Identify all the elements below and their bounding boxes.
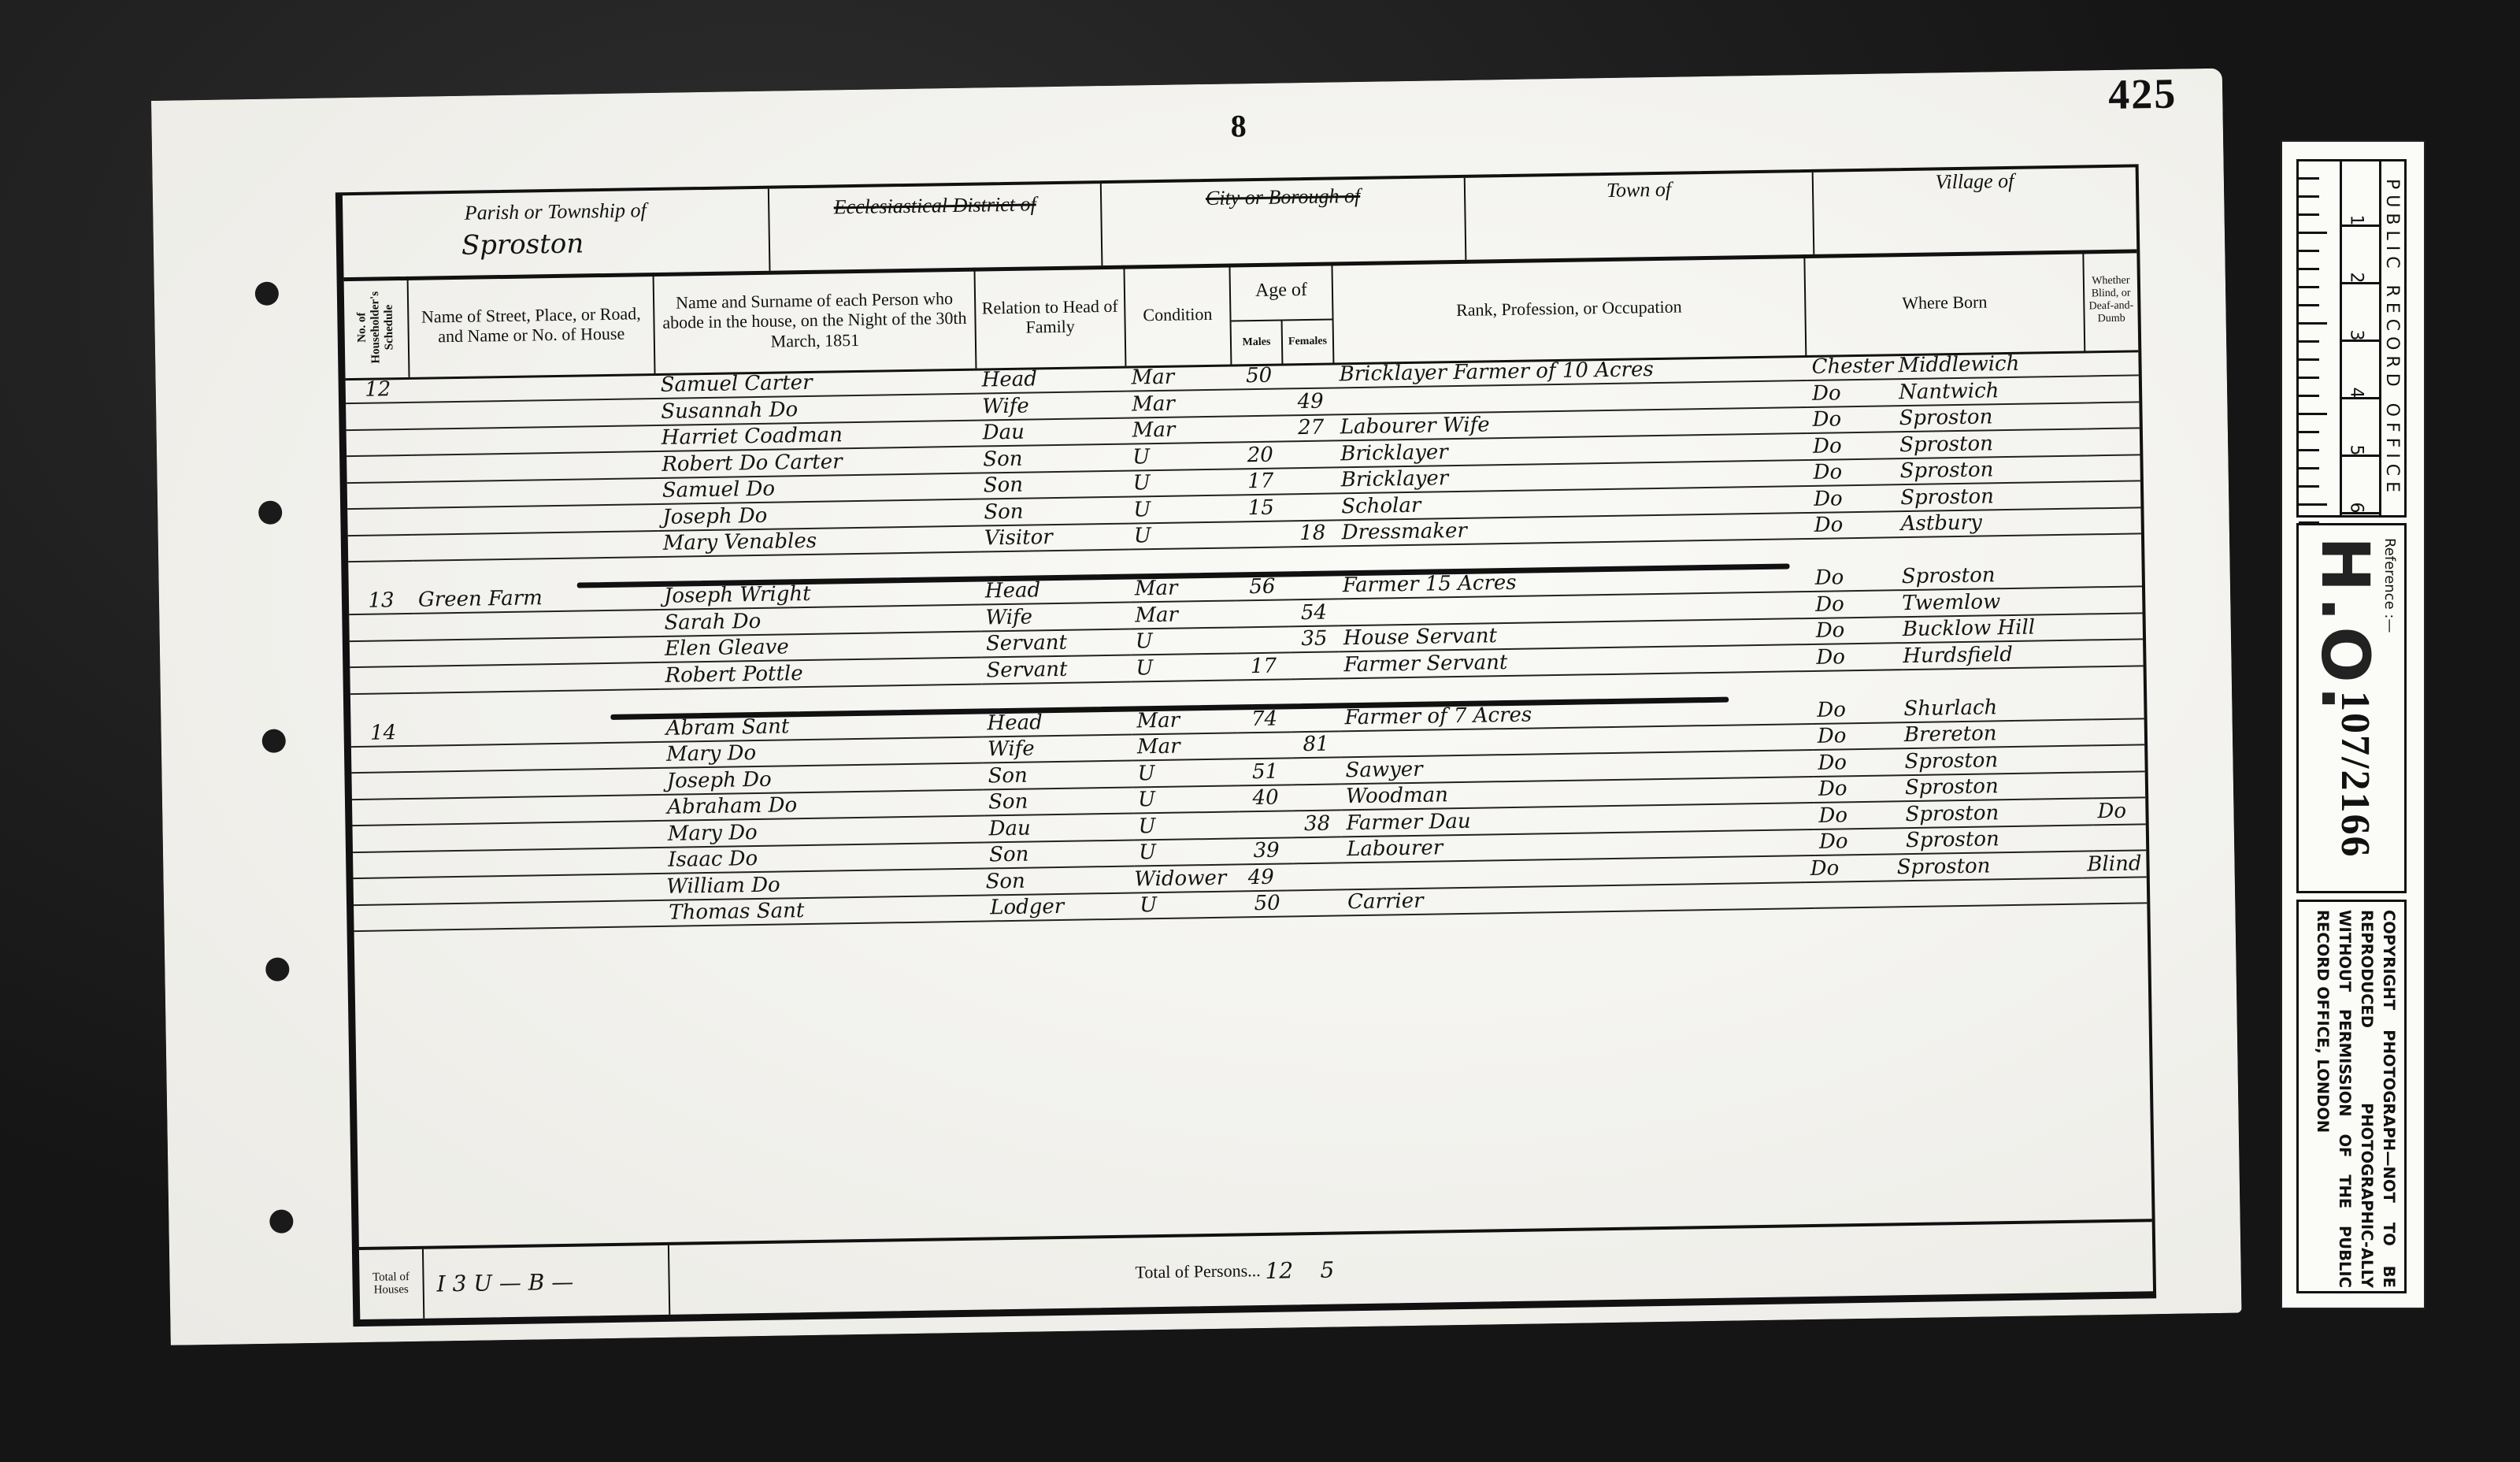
ruler-tick [2299,286,2319,288]
born-county: Do [1812,380,1899,406]
ruler-tick [2299,467,2319,469]
col-place: Name of Street, Place, or Road, and Name… [409,273,656,377]
born-county: Do [1816,644,1903,670]
born-place: Brereton [1904,722,1997,747]
cell-female-age [1290,653,1340,680]
cell-male-age: 40 [1239,785,1293,812]
born-county: Do [1819,829,1906,854]
born-place: Sproston [1902,563,1996,588]
cell-name: Thomas Sant [664,896,985,926]
cell-relation: Son [984,841,1134,870]
cell-male-age: 74 [1237,707,1291,733]
cell-name: Mary Venables [658,527,980,558]
cell-female-age: 27 [1286,415,1336,442]
cell-blind [2086,403,2140,429]
cell-blind [2092,746,2145,773]
cell-schedule [346,430,412,457]
cell-female-age [1293,837,1343,864]
reference-label: Reference :— [2381,538,2398,633]
ruler-number: 5 [2347,445,2366,456]
cell-condition: Mar [1127,417,1233,444]
ruler-tick [2299,268,2319,270]
cell-condition: U [1133,786,1240,814]
cell-condition: U [1128,469,1235,497]
born-place: Middlewich [1898,352,2019,377]
cell-born: DoNantwich [1807,377,2086,408]
cell-male-age: 15 [1234,495,1288,522]
cell-relation: Son [983,762,1132,790]
born-place: Sproston [1899,405,1992,430]
cell-relation: Dau [984,814,1133,843]
cell-schedule [353,852,418,879]
cell-schedule [354,878,418,905]
cell-male-age: 49 [1234,865,1288,892]
cell-male-age: 50 [1240,891,1295,918]
ecclesiastical-field: Ecclesiastical District of [769,184,1103,271]
cell-blind [2093,825,2147,852]
born-county: Do [1818,723,1904,748]
cell-male-age: 17 [1234,469,1288,495]
cell-male-age: 39 [1240,838,1294,865]
cell-born: DoShurlach [1812,694,2091,725]
col-occupation: Rank, Profession, or Occupation [1332,254,1807,362]
born-county: Do [1812,406,1899,432]
col-name: Name and Surname of each Person who abod… [654,268,977,373]
cell-condition: U [1131,655,1237,682]
cell-blind [2091,693,2144,720]
ecclesiastical-label: Ecclesiastical District of [769,191,1100,221]
born-county: Do [1815,592,1902,617]
ruler-tick [2299,340,2319,343]
punch-hole-icon [262,729,286,752]
born-county: Do [1810,855,1896,881]
col-blind: Whether Blind, or Deaf-and-Dumb [2084,249,2138,351]
cell-female-age: 38 [1292,811,1342,838]
cell-male-age [1235,521,1289,548]
cell-place: Green Farm [413,584,659,614]
village-field: Village of [1814,167,2137,254]
cell-male-age [1239,812,1293,839]
cell-condition: U [1131,628,1237,655]
col-males: Males [1232,321,1284,364]
punch-hole-icon [265,957,289,981]
col-age: Age of MalesFemales [1230,262,1334,364]
copyright-notice: COPYRIGHT PHOTOGRAPH—NOT TO BE REPRODUCE… [2305,910,2400,1288]
cell-schedule [351,747,417,774]
cell-blind [2085,350,2139,377]
cell-relation: Son [978,445,1128,473]
ruler-tick [2299,250,2319,252]
ruler-tick [2299,322,2327,325]
ruler-ticks [2299,161,2342,515]
cell-female-age [1288,495,1337,521]
cell-schedule: 13 [349,588,414,615]
born-county: Do [1815,565,1902,590]
cell-schedule [352,800,417,826]
born-place: Sproston [1899,432,1993,457]
born-place: Sproston [1905,801,1999,826]
cell-blind [2089,588,2143,614]
cell-place [418,901,664,931]
scale-ruler: 123456 PUBLIC RECORD OFFICE [2296,159,2407,518]
census-form: Parish or Township of Sproston Ecclesias… [335,164,2156,1327]
cell-place [412,505,658,535]
cell-relation: Wife [977,392,1127,421]
cell-place [417,796,662,826]
cell-condition: U [1128,443,1234,471]
cell-blind [2092,719,2145,746]
cell-born: DoSproston [1805,852,2082,883]
cell-blind [2092,772,2146,799]
cell-condition: Mar [1130,602,1236,629]
cell-blind [2090,640,2144,667]
cell-name: Robert Pottle [660,659,981,689]
cell-female-age [1294,890,1343,917]
cell-relation: Son [984,789,1133,817]
cell-male-age: 17 [1236,654,1291,681]
cell-female-age: 18 [1288,521,1338,547]
cell-condition: Mar [1132,733,1239,761]
col-females: Females [1283,320,1333,363]
cell-schedule: 14 [350,720,416,747]
born-place: Bucklow Hill [1903,616,2036,642]
cell-female-age: 49 [1286,389,1336,416]
ruler-tick [2299,232,2327,234]
cell-born: DoTwemlow [1810,588,2089,619]
born-place: Sproston [1906,827,1999,852]
cell-relation: Lodger [985,894,1135,922]
cell-born: DoSproston [1814,826,2093,856]
parish-label: Parish or Township of [343,197,768,227]
census-entries: 12Samuel CarterHeadMar50Bricklayer Farme… [346,350,2152,1250]
cell-condition: U [1129,522,1236,550]
cell-place [413,610,659,640]
born-county: Do [1816,618,1903,643]
born-place: Sproston [1905,774,1999,800]
cell-male-age: 51 [1238,759,1292,786]
cell-female-age [1285,362,1335,389]
cell-born: DoSproston [1807,403,2086,434]
ruler-number: 3 [2347,330,2366,341]
city-label: City or Borough of [1102,183,1464,212]
cell-born: DoSproston [1808,456,2087,487]
cell-relation: Head [976,366,1126,395]
cell-relation: Servant [981,656,1131,685]
born-place: Sproston [1899,458,1993,483]
cell-relation: Son [979,472,1128,500]
town-label: Town of [1466,176,1812,205]
born-place: Sproston [1900,484,1994,510]
ruler-numbers: 123456 [2340,161,2381,515]
cell-born: DoBucklow Hill [1811,614,2090,645]
cell-schedule [350,641,415,668]
reference-box: Reference :— H.O. 107/2166 [2296,523,2407,893]
ruler-tick [2299,177,2319,180]
cell-place [417,848,663,878]
cell-schedule [354,905,419,932]
cell-place [411,426,657,456]
ruler-number: 6 [2347,503,2366,514]
cell-condition: U [1135,892,1241,919]
col-relation: Relation to Head of Family [975,265,1126,369]
cell-place [410,399,656,429]
punch-hole-icon [258,500,282,524]
folio-number: 425 [2108,69,2177,119]
ruler-tick [2299,503,2327,506]
cell-male-age: 50 [1232,363,1286,390]
born-county: Do [1817,697,1903,722]
col-where-born: Where Born [1805,250,2085,355]
houses-total-label: Total of Houses [359,1249,424,1319]
cell-relation: Head [980,577,1130,606]
cell-relation: Dau [978,419,1128,447]
page-number: 8 [1230,107,1247,144]
cell-born: DoSproston [1810,562,2089,592]
ruler-tick [2299,213,2319,216]
cell-born: DoSproston [1813,747,2092,777]
cell-female-age [1288,864,1336,891]
cell-place [416,769,661,799]
cell-male-age [1238,733,1292,759]
born-county: Do [1814,512,1900,537]
cell-blind [2088,561,2142,588]
cell-blind [2094,878,2148,904]
cell-condition: Mar [1127,391,1233,418]
born-place: Hurdsfield [1903,642,2013,667]
cell-schedule [346,456,412,483]
cell-female-age: 81 [1291,732,1341,759]
strip-title: PUBLIC RECORD OFFICE [2379,161,2404,515]
cell-place [412,479,658,509]
cell-place [410,373,656,403]
born-county: Do [1814,486,1900,511]
born-place: Astbury [1900,511,1982,536]
village-label: Village of [1814,167,2136,195]
cell-schedule [346,403,411,430]
born-county: Do [1813,433,1899,458]
copyright-box: COPYRIGHT PHOTOGRAPH—NOT TO BE REPRODUCE… [2296,900,2407,1293]
cell-male-age: 20 [1233,443,1288,469]
census-sheet: 8 425 Parish or Township of Sproston Ecc… [151,69,2241,1345]
town-field: Town of [1466,173,1815,260]
born-county [1820,900,1907,901]
city-field: City or Borough of [1102,178,1467,265]
ruler-tick [2299,395,2319,397]
ruler-tick [2299,413,2327,415]
cell-relation: Son [979,498,1128,526]
cell-female-age: 35 [1290,626,1340,653]
cell-born: DoBrereton [1813,720,2092,751]
cell-blind [2086,377,2140,403]
born-place: Shurlach [1903,696,1997,721]
cell-schedule [351,773,417,800]
cell-condition: U [1134,839,1240,866]
cell-relation: Son [980,867,1129,896]
ruler-number: 2 [2347,273,2366,284]
cell-female-age [1291,706,1340,733]
born-place: Sproston [1896,854,1990,879]
cell-blind: Do [2092,799,2146,826]
ruler-number: 4 [2347,388,2366,399]
reference-number: 107/2166 [2332,691,2378,858]
cell-relation: Visitor [980,525,1129,553]
persons-total-label: Total of Persons... [1135,1260,1261,1282]
ruler-tick [2299,304,2319,306]
born-place: Twemlow [1902,590,2000,615]
born-county: Do [1818,750,1904,775]
born-county: Do [1813,459,1899,484]
born-county: Do [1818,803,1905,828]
cell-blind [2088,482,2141,509]
cell-place [417,822,662,852]
ruler-tick [2299,485,2319,488]
cell-male-age: 56 [1236,574,1290,601]
cell-blind [2087,429,2140,456]
cell-condition: U [1133,813,1240,840]
ruler-tick [2299,377,2319,379]
cell-place [413,532,658,562]
cell-schedule [350,667,415,694]
cell-born: DoSproston [1814,773,2092,803]
cell-female-age [1288,468,1337,495]
cell-blind: Blind [2082,852,2147,878]
cell-male-age [1232,390,1287,417]
cell-female-age [1292,785,1342,811]
cell-born: ChesterMiddlewich [1807,351,2085,381]
cell-blind [2090,614,2144,640]
born-place: Sproston [1904,748,1998,774]
ruler-number: 1 [2347,215,2366,226]
punch-hole-icon [269,1209,293,1233]
cell-born: DoSproston [1809,483,2088,514]
cell-place [414,637,660,667]
cell-schedule [349,614,414,641]
parish-field: Parish or Township of Sproston [343,189,771,278]
cell-schedule [347,483,413,510]
cell-female-age [1291,759,1341,785]
cell-male-age [1236,627,1291,654]
cell-born [1815,878,2094,909]
cell-place [417,874,661,904]
persons-total-females: 5 [1320,1256,1334,1282]
born-county: Chester [1811,354,1898,379]
cell-condition: Mar [1126,364,1232,391]
cell-blind [2088,508,2141,535]
cell-relation: Wife [980,603,1130,632]
cell-schedule [347,509,413,536]
reference-series: H.O. [2307,536,2384,716]
ruler-tick [2299,449,2319,451]
cell-female-age [1289,573,1339,600]
cell-condition: U [1132,760,1239,788]
cell-condition: Mar [1132,707,1238,735]
ruler-tick [2299,358,2319,361]
ruler-tick [2299,431,2319,433]
col-condition: Condition [1125,263,1232,365]
cell-condition: Mar [1130,575,1236,603]
punch-hole-icon [255,281,279,305]
born-county: Do [1818,776,1905,801]
cell-place [414,663,660,693]
cell-condition: Widower [1129,866,1235,893]
cell-born: DoAstbury [1809,509,2088,540]
cell-place [416,743,661,773]
cell-schedule [348,536,413,562]
ruler-tick [2299,195,2319,198]
cell-relation: Servant [981,630,1131,659]
born-place: Nantwich [1899,379,1999,404]
record-office-strip: 123456 PUBLIC RECORD OFFICE Reference :—… [2281,140,2425,1309]
houses-total-value: I 3 U — B — [424,1245,670,1319]
cell-born: DoSproston [1808,430,2087,461]
cell-blind [2087,455,2140,482]
cell-schedule: 12 [346,377,411,404]
cell-female-age: 54 [1289,600,1339,627]
persons-total-males: 12 [1265,1257,1293,1284]
cell-male-age [1232,416,1287,443]
cell-relation: Wife [983,736,1132,764]
parish-value: Sproston [461,228,584,261]
cell-schedule [353,826,418,852]
cell-male-age [1236,601,1290,628]
cell-relation: Head [982,709,1132,737]
cell-place [411,452,657,482]
col-schedule: No. of Householder's Schedule [344,276,410,378]
cell-born: DoHurdsfield [1811,641,2090,672]
cell-female-age [1287,442,1336,469]
cell-condition: U [1128,496,1235,524]
cell-place [415,716,661,746]
cell-born: DoSproston [1814,800,2092,830]
